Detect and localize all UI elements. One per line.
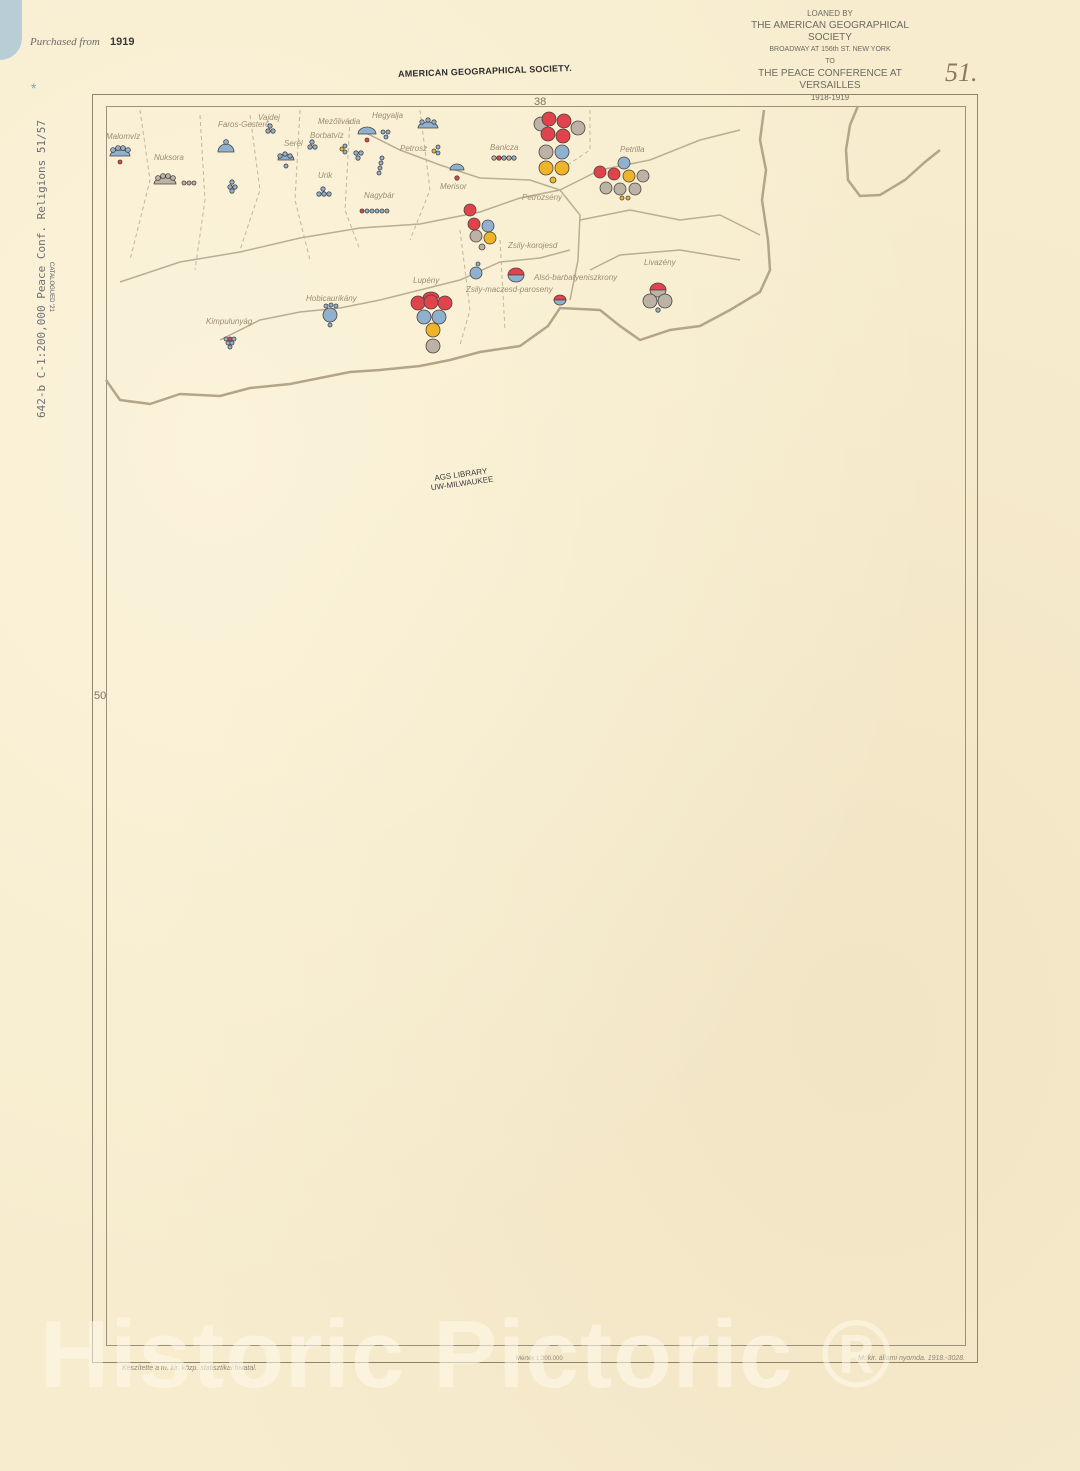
place-label: Nagybár (364, 191, 395, 200)
symbol-livazeny (643, 283, 672, 312)
place-label: Zsily-korojesd (507, 241, 558, 250)
symbol-mid-cluster (354, 151, 363, 160)
symbol-mezolivadia (340, 144, 347, 154)
symbol-barbatyeni (554, 295, 566, 305)
symbol-lupeny (411, 292, 452, 353)
place-label: Hegyalja (372, 111, 404, 120)
place-label: Kimpulunyág (206, 317, 253, 326)
symbol-banicza (492, 156, 516, 160)
place-label: Hobicaurikány (306, 294, 358, 303)
symbol-urik (317, 187, 331, 196)
symbol-kimpulunyag (224, 337, 236, 349)
symbol-petrilla (594, 157, 649, 200)
place-label: Urik (318, 171, 333, 180)
symbol-nuksora (154, 174, 196, 185)
place-label: Nuksora (154, 153, 184, 162)
place-label: Lupény (413, 276, 440, 285)
symbol-column (377, 156, 384, 175)
symbol-petrozseny (534, 112, 585, 183)
symbol-petrosz (432, 145, 440, 155)
place-label: Serél (284, 139, 303, 148)
place-label: Mezőlivádia (318, 117, 361, 126)
place-label: Malomvíz (106, 132, 140, 141)
symbol-borbatviz (308, 140, 317, 149)
symbol-hegyalja (358, 127, 390, 142)
place-label: Merisor (440, 182, 467, 191)
map-canvas: MalomvízNuksoraFaros-GesteréVajdejMezőli… (0, 0, 1080, 1471)
place-label: Borbatvíz (310, 131, 344, 140)
symbol-serel (278, 152, 294, 168)
place-label: Petrosz (400, 144, 427, 153)
symbol-korojesd-south (508, 268, 524, 282)
place-label: Vajdej (258, 113, 280, 122)
symbol-zsily-korojesd (470, 262, 482, 279)
watermark: Historic Pictoric ® (40, 1300, 893, 1410)
roads (120, 130, 760, 340)
symbol-hobica (323, 303, 338, 327)
religion-symbols (110, 112, 672, 353)
place-label: Livazény (644, 258, 677, 267)
place-label: Petrilla (620, 145, 645, 154)
place-label: Alsó-barbatyeniszkrony (533, 273, 618, 282)
symbol-faros (218, 140, 234, 152)
symbol-nagybar (360, 209, 389, 213)
place-label: Banicza (490, 143, 519, 152)
symbol-karojesd (228, 180, 237, 193)
symbol-malomviz (110, 146, 130, 164)
place-label: Petrozsény (522, 193, 563, 202)
place-label: Zsily-maczesd-paroseny (465, 285, 554, 294)
symbol-zsily-north (464, 204, 496, 250)
